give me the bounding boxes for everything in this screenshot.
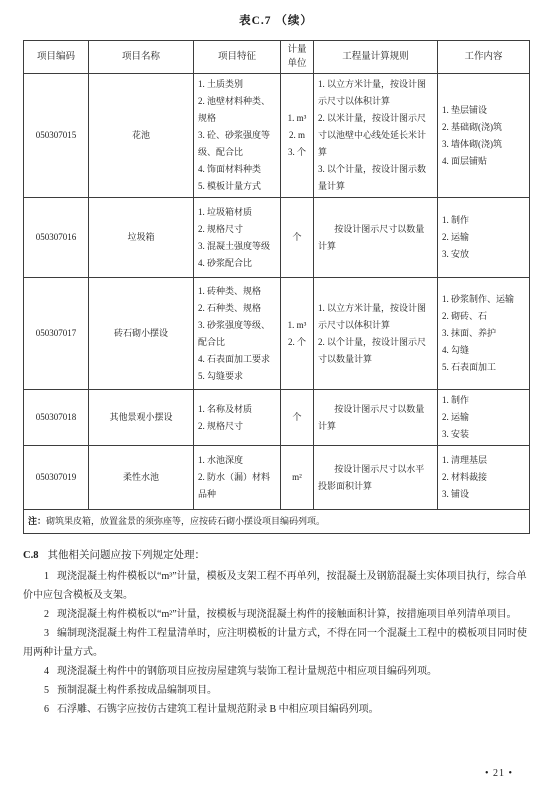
spec-table: 项目编码项目名称项目特征计量 单位工程量计算规则工作内容 050307015花池…	[23, 40, 530, 534]
header-cell: 计量 单位	[281, 41, 314, 74]
cell-work-line: 2. 运输	[442, 409, 525, 426]
cell-rules-line: 按设计图示尺寸以数量计算	[318, 401, 433, 435]
note-text: 砌筑果皮箱，放置盆景的须弥座等，应按砖石砌小摆设项目编码列项。	[46, 516, 325, 526]
note-row: 注：砌筑果皮箱，放置盆景的须弥座等，应按砖石砌小摆设项目编码列项。	[24, 510, 530, 534]
cell-work: 1. 制作2. 运输3. 安放	[438, 198, 530, 278]
cell-work-line: 4. 勾缝	[442, 342, 525, 359]
cell-unit-line: 3. 个	[285, 144, 309, 161]
cell-project-name: 柔性水池	[89, 446, 194, 510]
cell-features-line: 2. 池壁材料种类、规格	[198, 93, 276, 127]
clause-number: 2	[44, 609, 49, 620]
section-code: C.8	[23, 550, 38, 561]
cell-work-line: 3. 抹面、养护	[442, 325, 525, 342]
cell-features-line: 2. 规格尺寸	[198, 418, 276, 435]
clause-text: 石浮雕、石镌字应按仿古建筑工程计量规范附录 B 中相应项目编码列项。	[57, 704, 379, 715]
cell-unit-line: 1. m³	[285, 110, 309, 127]
cell-features-line: 3. 砼、砂浆强度等级、配合比	[198, 127, 276, 161]
cell-unit-line: 2. 个	[285, 334, 309, 351]
cell-features-line: 1. 垃圾箱材质	[198, 204, 276, 221]
table-row: 050307019柔性水池1. 水池深度2. 防水（漏）材料品种m²按设计图示尺…	[24, 446, 530, 510]
cell-rules: 1. 以立方米计量，按设计图示尺寸以体积计算2. 以个计量，按设计图示尺寸以数量…	[314, 278, 438, 390]
header-cell: 项目特征	[194, 41, 281, 74]
cell-rules: 按设计图示尺寸以数量计算	[314, 198, 438, 278]
clause-item: 2现浇混凝土构件模板以“m²”计量，按模板与现浇混凝土构件的接触面积计算，按措施…	[23, 605, 535, 624]
cell-features: 1. 砖种类、规格2. 石种类、规格3. 砂浆强度等级、配合比4. 石表面加工要…	[194, 278, 281, 390]
cell-unit-line: m²	[285, 469, 309, 486]
note-cell: 注：砌筑果皮箱，放置盆景的须弥座等，应按砖石砌小摆设项目编码列项。	[24, 510, 530, 534]
cell-work-line: 3. 安装	[442, 426, 525, 443]
clause-number: 1	[44, 571, 49, 582]
clause-number: 4	[44, 666, 49, 677]
cell-features-line: 1. 名称及材质	[198, 401, 276, 418]
cell-features-line: 1. 水池深度	[198, 452, 276, 469]
cell-features-line: 4. 饰面材料种类	[198, 161, 276, 178]
cell-features: 1. 名称及材质2. 规格尺寸	[194, 390, 281, 446]
table-row: 050307018其他景观小摆设1. 名称及材质2. 规格尺寸个按设计图示尺寸以…	[24, 390, 530, 446]
cell-work-line: 3. 墙体砌(浇)筑	[442, 136, 525, 153]
cell-features-line: 4. 砂浆配合比	[198, 255, 276, 272]
cell-work-line: 2. 基础砌(浇)筑	[442, 119, 525, 136]
clause-list: 1现浇混凝土构件模板以“m³”计量，模板及支架工程不再单列，按混凝土及钢筋混凝土…	[23, 567, 535, 719]
section-heading-text: 其他相关问题应按下列规定处理：	[47, 550, 205, 561]
cell-features: 1. 垃圾箱材质2. 规格尺寸3. 混凝土强度等级4. 砂浆配合比	[194, 198, 281, 278]
clause-number: 3	[44, 628, 49, 639]
clause-text: 预制混凝土构件系按成品编制项目。	[57, 685, 217, 696]
cell-features-line: 2. 规格尺寸	[198, 221, 276, 238]
cell-work-line: 1. 制作	[442, 212, 525, 229]
cell-features-line: 1. 砖种类、规格	[198, 283, 276, 300]
cell-rules-line: 2. 以米计量，按设计图示尺寸以池壁中心线处延长米计算	[318, 110, 433, 161]
cell-unit-line: 个	[285, 409, 309, 426]
clause-text: 现浇混凝土构件模板以“m³”计量，模板及支架工程不再单列，按混凝土及钢筋混凝土实…	[23, 571, 527, 601]
header-cell: 工作内容	[438, 41, 530, 74]
cell-rules-line: 1. 以立方米计量，按设计图示尺寸以体积计算	[318, 76, 433, 110]
clause-item: 4现浇混凝土构件中的钢筋项目应按房屋建筑与装饰工程计量规范中相应项目编码列项。	[23, 662, 535, 681]
cell-rules-line: 按设计图示尺寸以数量计算	[318, 221, 433, 255]
table-body: 050307015花池1. 土质类别2. 池壁材料种类、规格3. 砼、砂浆强度等…	[24, 74, 530, 534]
cell-work-line: 3. 铺设	[442, 486, 525, 503]
cell-features: 1. 水池深度2. 防水（漏）材料品种	[194, 446, 281, 510]
cell-work: 1. 砂浆制作、运输2. 砌砖、石3. 抹面、养护4. 勾缝5. 石表面加工	[438, 278, 530, 390]
cell-rules-line: 3. 以个计量，按设计图示数量计算	[318, 161, 433, 195]
cell-project-name: 砖石砌小摆设	[89, 278, 194, 390]
page-number: • 21 •	[23, 768, 513, 779]
cell-work: 1. 制作2. 运输3. 安装	[438, 390, 530, 446]
clause-text: 现浇混凝土构件中的钢筋项目应按房屋建筑与装饰工程计量规范中相应项目编码列项。	[57, 666, 437, 677]
cell-rules: 按设计图示尺寸以水平投影面积计算	[314, 446, 438, 510]
cell-work-line: 2. 运输	[442, 229, 525, 246]
cell-unit: 个	[281, 390, 314, 446]
cell-project-code: 050307019	[24, 446, 89, 510]
cell-project-code: 050307016	[24, 198, 89, 278]
cell-features-line: 3. 砂浆强度等级、配合比	[198, 317, 276, 351]
document-page: 表C.7 （续） 项目编码项目名称项目特征计量 单位工程量计算规则工作内容 05…	[0, 0, 559, 797]
cell-rules: 1. 以立方米计量，按设计图示尺寸以体积计算2. 以米计量，按设计图示尺寸以池壁…	[314, 74, 438, 198]
cell-unit: 1. m³2. m3. 个	[281, 74, 314, 198]
section-heading: C.8其他相关问题应按下列规定处理：	[23, 546, 535, 565]
cell-unit: m²	[281, 446, 314, 510]
cell-project-name: 花池	[89, 74, 194, 198]
cell-work-line: 3. 安放	[442, 246, 525, 263]
table-header-row: 项目编码项目名称项目特征计量 单位工程量计算规则工作内容	[24, 41, 530, 74]
cell-features-line: 1. 土质类别	[198, 76, 276, 93]
header-cell: 项目名称	[89, 41, 194, 74]
cell-work-line: 5. 石表面加工	[442, 359, 525, 376]
cell-rules-line: 按设计图示尺寸以水平投影面积计算	[318, 461, 433, 495]
table-row: 050307015花池1. 土质类别2. 池壁材料种类、规格3. 砼、砂浆强度等…	[24, 74, 530, 198]
cell-features-line: 2. 石种类、规格	[198, 300, 276, 317]
cell-work-line: 2. 砌砖、石	[442, 308, 525, 325]
cell-project-name: 垃圾箱	[89, 198, 194, 278]
cell-work-line: 2. 材料裁接	[442, 469, 525, 486]
cell-rules: 按设计图示尺寸以数量计算	[314, 390, 438, 446]
clause-number: 6	[44, 704, 49, 715]
clause-item: 1现浇混凝土构件模板以“m³”计量，模板及支架工程不再单列，按混凝土及钢筋混凝土…	[23, 567, 535, 605]
cell-rules-line: 1. 以立方米计量，按设计图示尺寸以体积计算	[318, 300, 433, 334]
table-row: 050307017砖石砌小摆设1. 砖种类、规格2. 石种类、规格3. 砂浆强度…	[24, 278, 530, 390]
cell-work-line: 1. 清理基层	[442, 452, 525, 469]
cell-work: 1. 清理基层2. 材料裁接3. 铺设	[438, 446, 530, 510]
clause-item: 5预制混凝土构件系按成品编制项目。	[23, 681, 535, 700]
note-label: 注：	[28, 516, 46, 526]
cell-unit-line: 个	[285, 229, 309, 246]
header-cell: 项目编码	[24, 41, 89, 74]
cell-features-line: 2. 防水（漏）材料品种	[198, 469, 276, 503]
cell-features-line: 5. 勾缝要求	[198, 368, 276, 385]
cell-features: 1. 土质类别2. 池壁材料种类、规格3. 砼、砂浆强度等级、配合比4. 饰面材…	[194, 74, 281, 198]
cell-features-line: 4. 石表面加工要求	[198, 351, 276, 368]
clause-text: 现浇混凝土构件模板以“m²”计量，按模板与现浇混凝土构件的接触面积计算，按措施项…	[57, 609, 517, 620]
clause-number: 5	[44, 685, 49, 696]
cell-unit: 个	[281, 198, 314, 278]
cell-project-code: 050307018	[24, 390, 89, 446]
table-head: 项目编码项目名称项目特征计量 单位工程量计算规则工作内容	[24, 41, 530, 74]
cell-project-code: 050307015	[24, 74, 89, 198]
cell-project-code: 050307017	[24, 278, 89, 390]
clause-text: 编制现浇混凝土构件工程量清单时，应注明模板的计量方式，不得在同一个混凝土工程中的…	[23, 628, 527, 658]
cell-work-line: 1. 制作	[442, 392, 525, 409]
cell-project-name: 其他景观小摆设	[89, 390, 194, 446]
cell-unit-line: 1. m³	[285, 317, 309, 334]
table-title: 表C.7 （续）	[23, 12, 529, 28]
section-c8: C.8其他相关问题应按下列规定处理： 1现浇混凝土构件模板以“m³”计量，模板及…	[23, 546, 535, 719]
cell-features-line: 5. 模板计量方式	[198, 178, 276, 195]
cell-features-line: 3. 混凝土强度等级	[198, 238, 276, 255]
cell-unit: 1. m³2. 个	[281, 278, 314, 390]
cell-unit-line: 2. m	[285, 127, 309, 144]
cell-work-line: 1. 垫层铺设	[442, 102, 525, 119]
table-row: 050307016垃圾箱1. 垃圾箱材质2. 规格尺寸3. 混凝土强度等级4. …	[24, 198, 530, 278]
clause-item: 6石浮雕、石镌字应按仿古建筑工程计量规范附录 B 中相应项目编码列项。	[23, 700, 535, 719]
cell-work-line: 4. 面层铺贴	[442, 153, 525, 170]
cell-work: 1. 垫层铺设2. 基础砌(浇)筑3. 墙体砌(浇)筑4. 面层铺贴	[438, 74, 530, 198]
header-cell: 工程量计算规则	[314, 41, 438, 74]
cell-work-line: 1. 砂浆制作、运输	[442, 291, 525, 308]
clause-item: 3编制现浇混凝土构件工程量清单时，应注明模板的计量方式，不得在同一个混凝土工程中…	[23, 624, 535, 662]
cell-rules-line: 2. 以个计量，按设计图示尺寸以数量计算	[318, 334, 433, 368]
